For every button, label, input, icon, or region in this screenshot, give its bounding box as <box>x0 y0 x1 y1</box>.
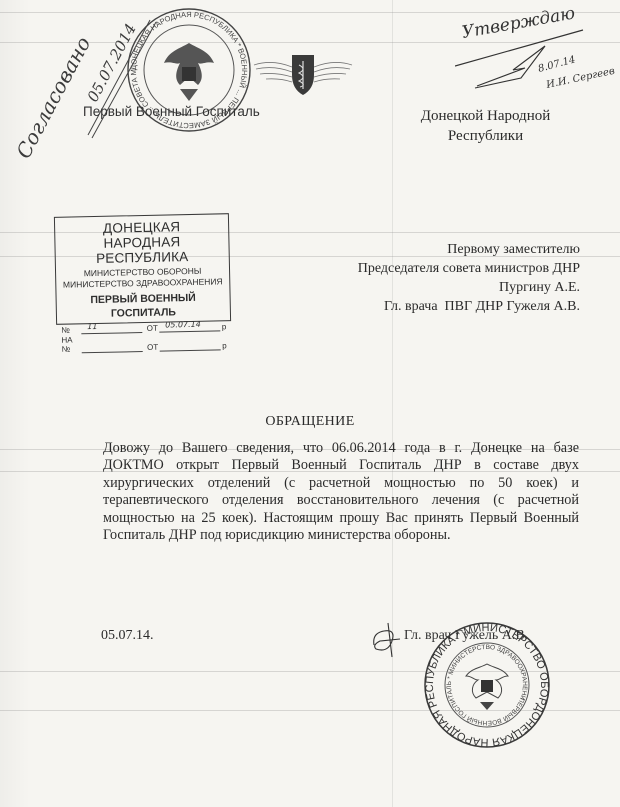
stamp-reply-row: НА № ОТ р <box>61 332 226 353</box>
reply-from-label: ОТ <box>146 343 160 352</box>
from-value: 05.07.14 <box>159 319 220 332</box>
document-body: Довожу до Вашего сведения, что 06.06.201… <box>103 440 579 544</box>
addressee-line-3: Пургину А.Е. <box>340 278 580 297</box>
resolution-date: 8.07.14 <box>537 54 577 75</box>
bottom-round-seal: ДОНЕЦКАЯ НАРОДНАЯ РЕСПУБЛИКА * МИНИСТЕРС… <box>422 620 552 750</box>
from-label: ОТ <box>145 324 159 333</box>
resolution-word: Утверждаю <box>460 8 576 43</box>
winged-shield-emblem-icon <box>252 45 354 103</box>
eagle-emblem-icon <box>164 43 214 101</box>
sender-organization: Первый Военный Госпиталь <box>83 104 260 119</box>
stamp-line-4: МИНИСТЕРСТВО ЗДРАВООХРАНЕНИЯ <box>56 276 229 291</box>
reply-number-value <box>82 340 143 353</box>
addressee-line-1: Первому заместителю <box>340 240 580 259</box>
reply-year-suffix: р <box>221 341 227 350</box>
stamp-line-2: НАРОДНАЯ РЕСПУБЛИКА <box>55 233 229 267</box>
sender-republic: Донецкой Народной Республики <box>398 106 573 146</box>
registration-stamp: ДОНЕЦКАЯ НАРОДНАЯ РЕСПУБЛИКА МИНИСТЕРСТВ… <box>54 213 231 325</box>
number-value: 11 <box>81 321 142 334</box>
addressee-block: Первому заместителю Председателя совета … <box>340 240 580 316</box>
reply-number-label: НА № <box>61 335 81 353</box>
stamp-line-5: ПЕРВЫЙ ВОЕННЫЙ ГОСПИТАЛЬ <box>57 290 231 322</box>
year-suffix: р <box>220 322 226 331</box>
resolution-handwriting: Утверждаю 8.07.14 И.И. Сергеев <box>455 8 620 98</box>
fold-line <box>392 0 393 807</box>
document-date: 05.07.14. <box>101 628 154 644</box>
double-headed-eagle-icon <box>466 664 508 710</box>
document-page: Согласовано 05.07.2014 ДОНЕЦКАЯ НАРОДНАЯ… <box>0 0 620 807</box>
republic-line-2: Республики <box>398 126 573 146</box>
signature-mark <box>370 615 405 660</box>
approval-word: Согласовано <box>11 33 95 163</box>
reply-from-value <box>159 338 220 351</box>
addressee-line-4: Гл. врача ПВГ ДНР Гужеля А.В. <box>340 297 580 316</box>
document-title: ОБРАЩЕНИЕ <box>0 414 620 430</box>
republic-line-1: Донецкой Народной <box>398 106 573 126</box>
addressee-line-2: Председателя совета министров ДНР <box>340 259 580 278</box>
number-label: № <box>61 325 81 334</box>
